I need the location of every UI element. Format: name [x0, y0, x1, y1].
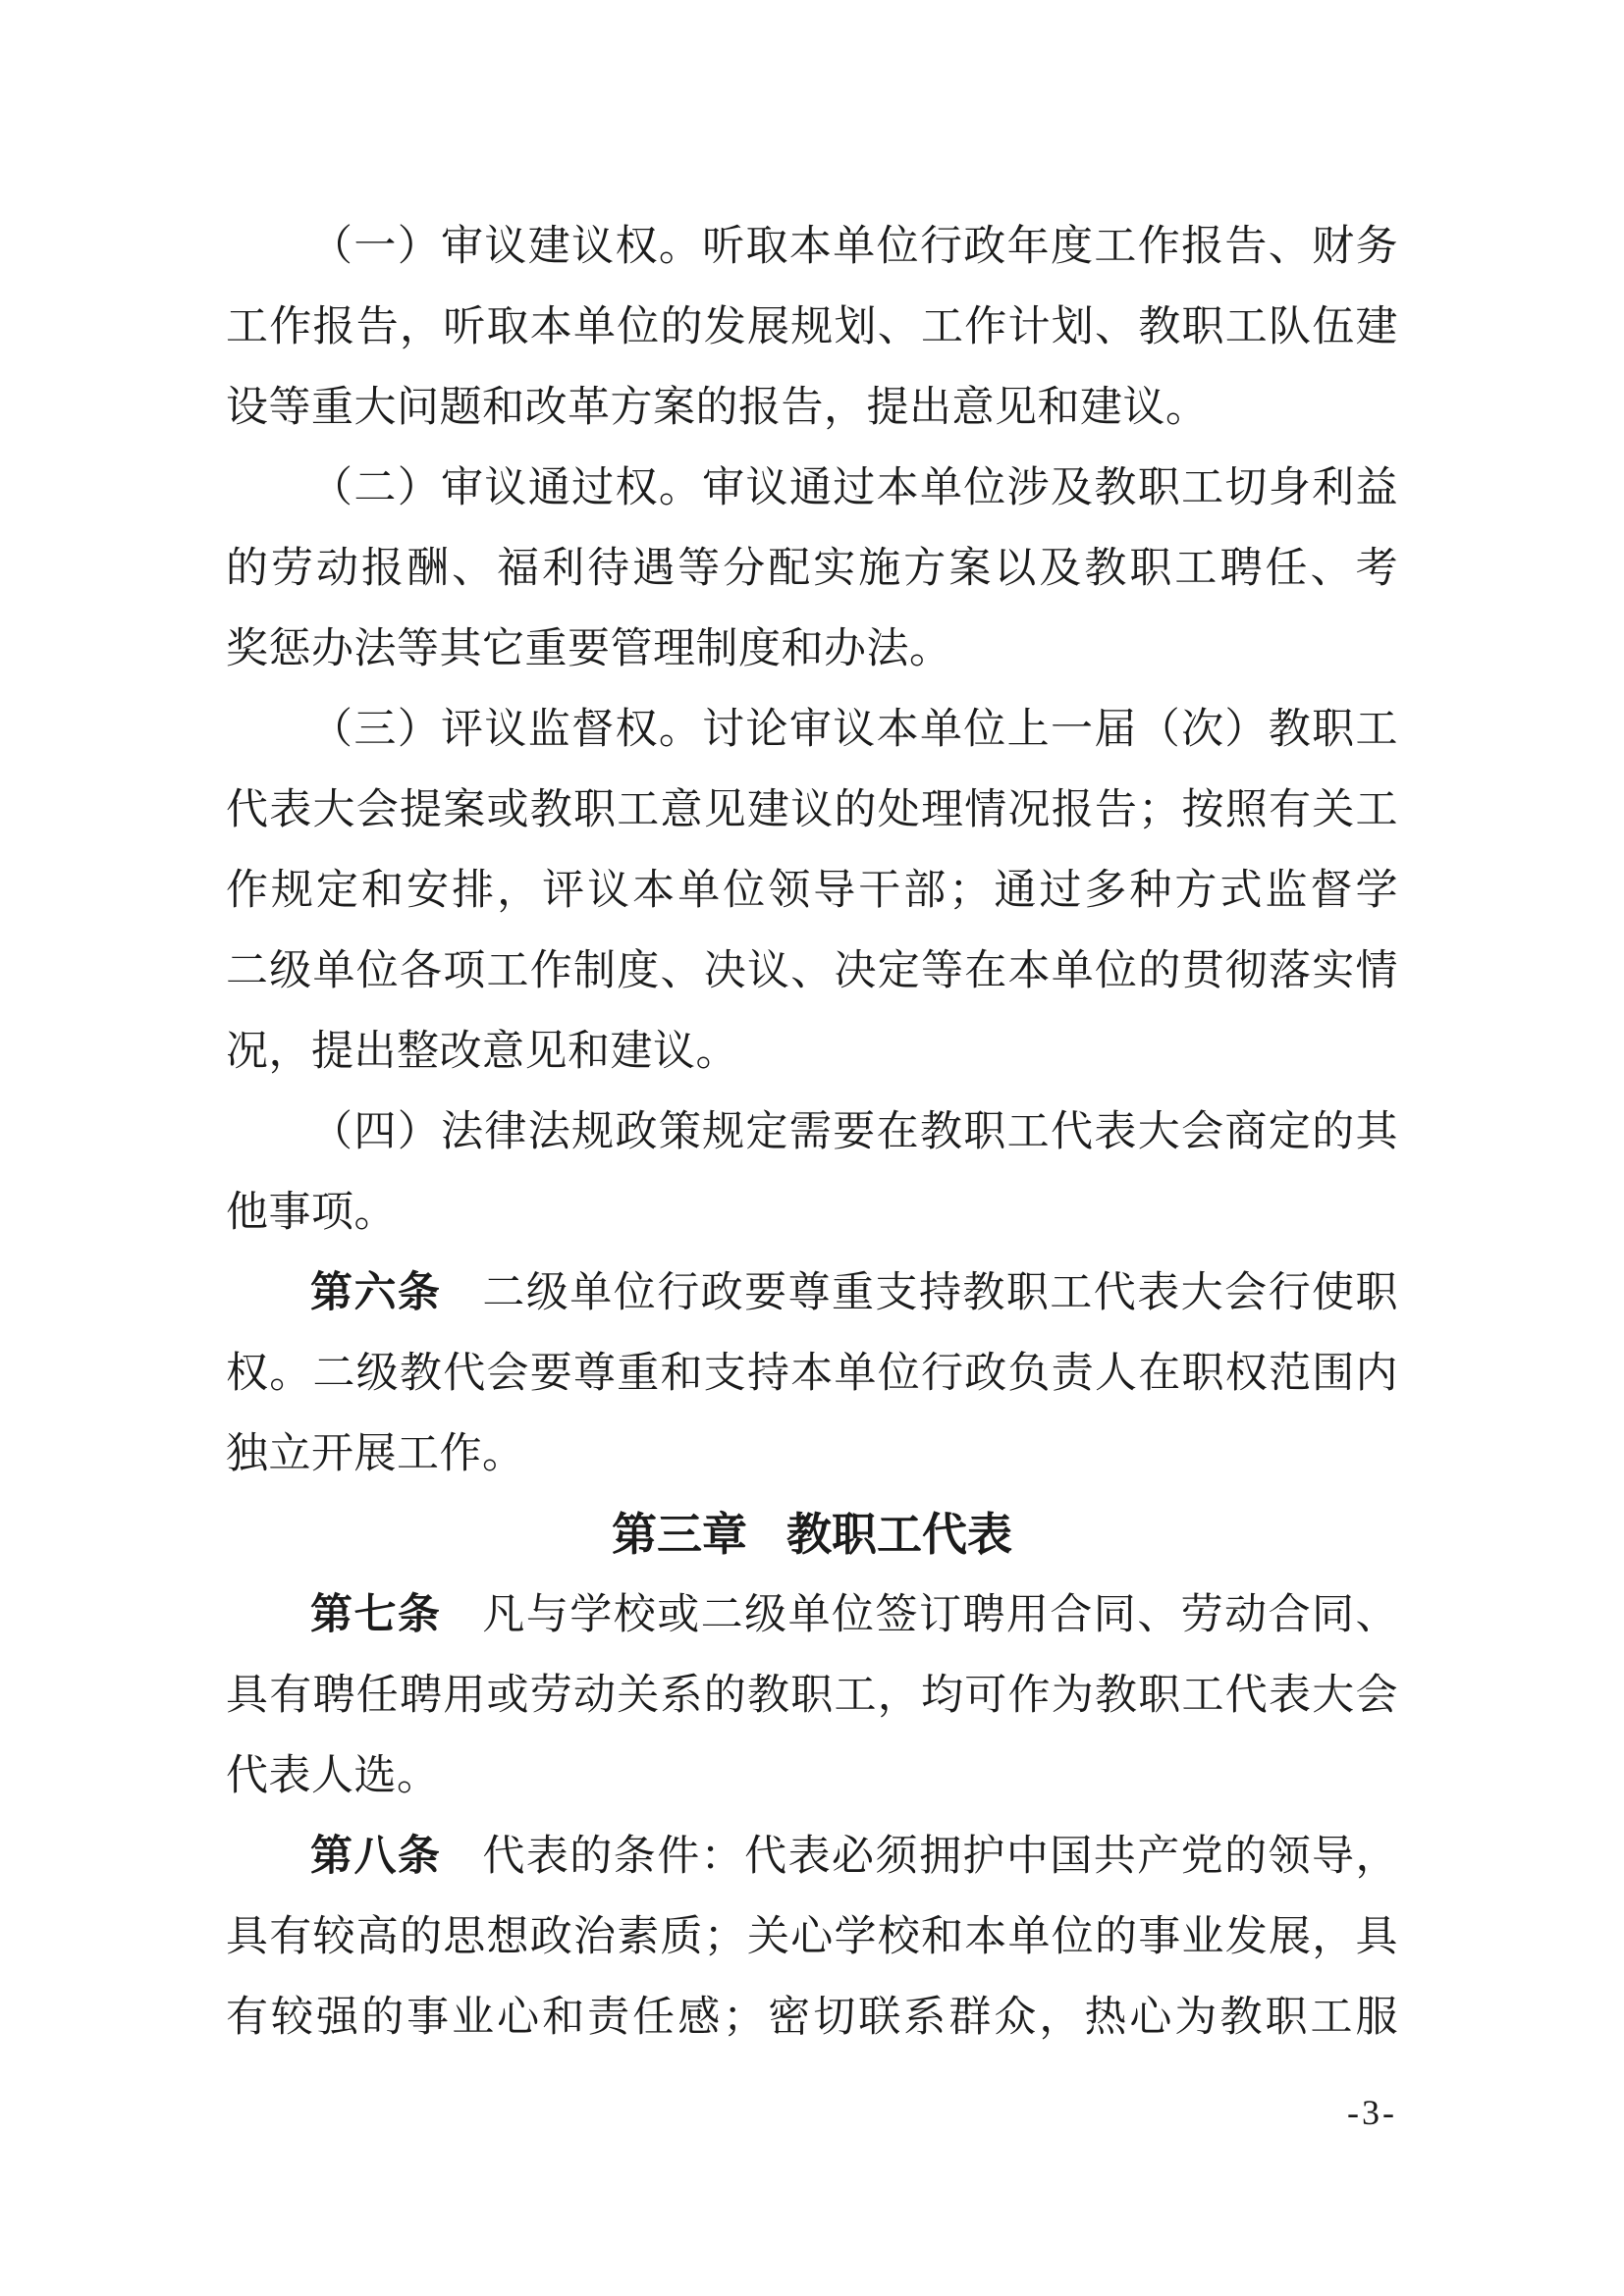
line-text: 的劳动报酬、福利待遇等分配实施方案以及教职工聘任、考核、 — [226, 546, 1398, 610]
text-line: 第七条凡与学校或二级单位签订聘用合同、劳动合同、 — [226, 1575, 1398, 1656]
article-label: 第八条 — [310, 1834, 441, 1880]
text-line: 代表人选。 — [226, 1736, 1398, 1817]
text-line: 他事项。 — [226, 1173, 1398, 1254]
text-line: 权。二级教代会要尊重和支持本单位行政负责人在职权范围内 — [226, 1334, 1398, 1415]
page-sheet: （一）审议建议权。听取本单位行政年度工作报告、财务 工作报告，听取本单位的发展规… — [0, 0, 1624, 2296]
text-line: 作规定和安排，评议本单位领导干部；通过多种方式监督学校、 — [226, 851, 1398, 932]
chapter-label: 第三章 — [612, 1510, 747, 1560]
text-line: 的劳动报酬、福利待遇等分配实施方案以及教职工聘任、考核、 — [226, 529, 1398, 610]
line-text: 权。二级教代会要尊重和支持本单位行政负责人在职权范围内 — [226, 1351, 1398, 1397]
line-text: 作规定和安排，评议本单位领导干部；通过多种方式监督学校、 — [226, 868, 1398, 932]
line-text: 二级单位各项工作制度、决议、决定等在本单位的贯彻落实情 — [226, 948, 1398, 994]
text-line: 独立开展工作。 — [226, 1415, 1398, 1495]
line-text: （三）评议监督权。讨论审议本单位上一届（次）教职工 — [310, 707, 1398, 753]
line-text: 代表的条件：代表必须拥护中国共产党的领导， — [482, 1834, 1398, 1880]
text-line: （三）评议监督权。讨论审议本单位上一届（次）教职工 — [226, 690, 1398, 771]
chapter-heading: 第三章教职工代表 — [226, 1495, 1398, 1575]
line-text: （一）审议建议权。听取本单位行政年度工作报告、财务 — [310, 224, 1398, 270]
line-text: 独立开展工作。 — [226, 1431, 525, 1477]
text-line: 工作报告，听取本单位的发展规划、工作计划、教职工队伍建 — [226, 288, 1398, 368]
line-text: 有较强的事业心和责任感；密切联系群众，热心为教职工服务， — [226, 1995, 1398, 2058]
text-line: 况，提出整改意见和建议。 — [226, 1012, 1398, 1093]
line-text: 代表大会提案或教职工意见建议的处理情况报告；按照有关工 — [226, 787, 1398, 833]
line-text: 奖惩办法等其它重要管理制度和办法。 — [226, 626, 952, 672]
text-line: 具有较高的思想政治素质；关心学校和本单位的事业发展，具 — [226, 1897, 1398, 1978]
line-text: 代表人选。 — [226, 1753, 440, 1799]
text-line: 有较强的事业心和责任感；密切联系群众，热心为教职工服务， — [226, 1978, 1398, 2058]
article-label: 第六条 — [310, 1270, 441, 1316]
line-text: （二）审议通过权。审议通过本单位涉及教职工切身利益 — [310, 465, 1398, 511]
line-text: 况，提出整改意见和建议。 — [226, 1029, 738, 1075]
page-number: -3- — [1347, 2093, 1397, 2132]
line-text: 设等重大问题和改革方案的报告，提出意见和建议。 — [226, 385, 1209, 431]
text-line: 具有聘任聘用或劳动关系的教职工，均可作为教职工代表大会 — [226, 1656, 1398, 1736]
line-text: 二级单位行政要尊重支持教职工代表大会行使职 — [482, 1270, 1398, 1316]
document-page: { "page": { "background_color": "#ffffff… — [0, 0, 1624, 2296]
text-line: 第八条代表的条件：代表必须拥护中国共产党的领导， — [226, 1817, 1398, 1897]
chapter-title: 教职工代表 — [786, 1510, 1012, 1560]
text-line: （一）审议建议权。听取本单位行政年度工作报告、财务 — [226, 207, 1398, 288]
text-line: （四）法律法规政策规定需要在教职工代表大会商定的其 — [226, 1093, 1398, 1173]
line-text: 具有较高的思想政治素质；关心学校和本单位的事业发展，具 — [226, 1914, 1398, 1960]
line-text: 工作报告，听取本单位的发展规划、工作计划、教职工队伍建 — [226, 304, 1398, 350]
line-text: 他事项。 — [226, 1190, 397, 1236]
article-label: 第七条 — [310, 1592, 441, 1638]
line-text: 具有聘任聘用或劳动关系的教职工，均可作为教职工代表大会 — [226, 1673, 1398, 1719]
text-line: 设等重大问题和改革方案的报告，提出意见和建议。 — [226, 368, 1398, 449]
text-line: 奖惩办法等其它重要管理制度和办法。 — [226, 610, 1398, 690]
text-line: （二）审议通过权。审议通过本单位涉及教职工切身利益 — [226, 449, 1398, 529]
line-text: 凡与学校或二级单位签订聘用合同、劳动合同、 — [482, 1592, 1398, 1638]
text-line: 二级单位各项工作制度、决议、决定等在本单位的贯彻落实情 — [226, 932, 1398, 1012]
document-body-text: （一）审议建议权。听取本单位行政年度工作报告、财务 工作报告，听取本单位的发展规… — [226, 207, 1398, 2058]
line-text: （四）法律法规政策规定需要在教职工代表大会商定的其 — [310, 1109, 1398, 1155]
text-line: 第六条二级单位行政要尊重支持教职工代表大会行使职 — [226, 1254, 1398, 1334]
text-line: 代表大会提案或教职工意见建议的处理情况报告；按照有关工 — [226, 771, 1398, 851]
